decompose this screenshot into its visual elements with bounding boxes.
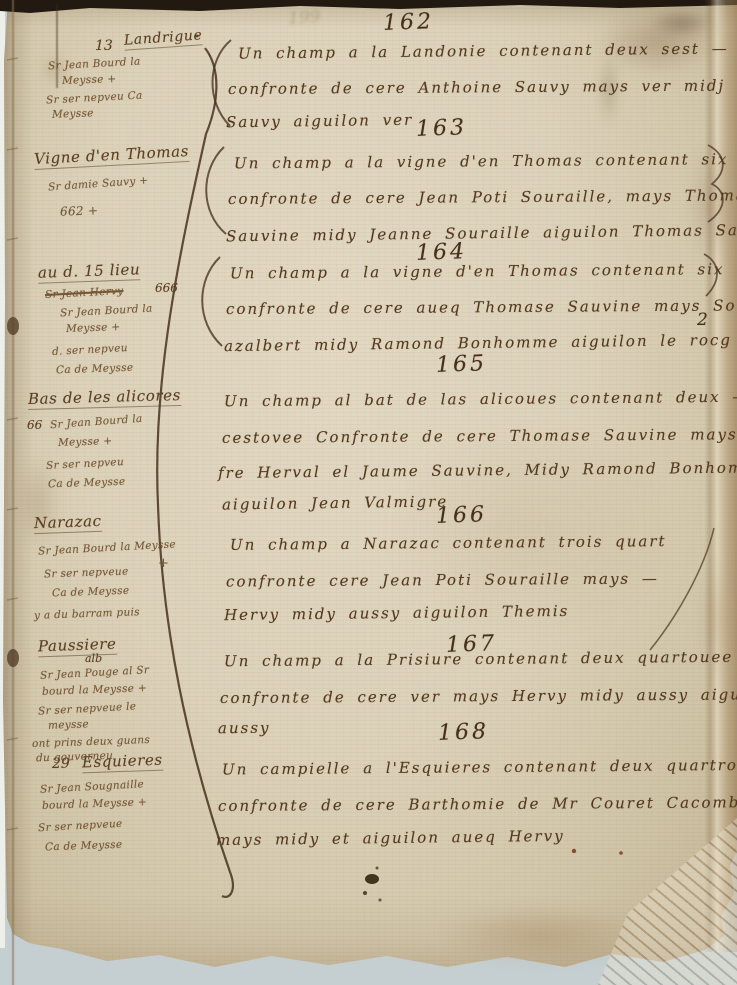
margin-place-name: Esquieres (82, 751, 163, 774)
entry-line: confronte de cere Jean Poti Souraille, m… (228, 186, 737, 208)
entry-number: 165 (436, 351, 488, 378)
margin-place-name: Paussiere (38, 635, 117, 658)
margin-cross: + (158, 556, 169, 571)
entry-line: confronte de cere aueq Thomase Sauvine m… (226, 296, 737, 318)
entry-line: confronte cere Jean Poti Souraille mays … (226, 569, 659, 590)
bleedthrough-number: 199 (287, 7, 320, 29)
margin-ref: 66 (27, 418, 42, 432)
margin-note: Meysse + (58, 435, 113, 449)
entry-number: 166 (436, 502, 488, 529)
margin-ref: 13 (95, 38, 113, 54)
entry-line: confronte de cere Barthomie de Mr Couret… (218, 793, 737, 815)
entry-line: aiguilon Jean Valmigre (222, 492, 448, 513)
margin-note: meysse (48, 718, 89, 731)
margin-note: Meysse + (66, 321, 121, 335)
margin-note: Meysse (52, 107, 94, 120)
margin-ref: alb (85, 652, 102, 665)
paper-stain (440, 905, 640, 965)
margin-note: 662 + (60, 203, 99, 218)
margin-note: Meysse + (62, 73, 117, 87)
entry-line: cestovee Confronte de cere Thomase Sauvi… (222, 425, 737, 447)
margin-place-name: au d. 15 lieu (38, 260, 141, 284)
margin-ref: 29 (52, 756, 70, 772)
entry-number: 168 (438, 719, 490, 746)
paper-stain (648, 10, 718, 36)
margin-place-name: Bas de les alicores (28, 386, 181, 410)
entry-line: confronte de cere Anthoine Sauvy mays ve… (228, 76, 737, 98)
entry-line: Un champ a Narazac contenant trois quart (230, 532, 667, 554)
entry-line: confronte de cere ver mays Hervy midy au… (220, 685, 737, 707)
entry-line: aussy (218, 719, 271, 738)
entry-number: 163 (416, 115, 468, 142)
marginal-figure: 2 (697, 310, 708, 330)
entry-number: 162 (383, 9, 435, 36)
manuscript-page: 199 162 13 Landrigue Sr Jean Bourd la Me (0, 0, 737, 985)
entry-line: Sauvy aiguilon ver (226, 111, 413, 132)
margin-place-name: Narazac (34, 512, 102, 534)
margin-ref: 666 (155, 281, 178, 295)
